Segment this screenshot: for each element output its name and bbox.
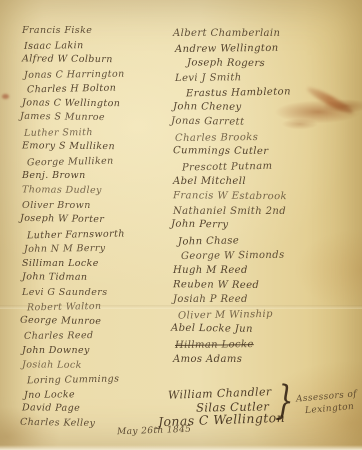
- signature: Andrew Wellington: [175, 41, 350, 58]
- signature: John Tidman: [22, 271, 172, 287]
- signature: Francis Fiske: [22, 24, 172, 39]
- assessors-label-line2: Lexington: [305, 402, 355, 416]
- signature: Benj. Brown: [22, 169, 172, 184]
- signature: Francis W Estabrook: [173, 189, 348, 205]
- document-date: May 26th 1845: [117, 425, 192, 438]
- signature-column-right: Albert ChamberlainAndrew WellingtonJosep…: [173, 27, 348, 367]
- signature: Alfred W Colburn: [22, 52, 172, 68]
- signature: Charles H Bolton: [27, 81, 177, 98]
- signature: Hugh M Reed: [173, 264, 348, 279]
- signature: George W Simonds: [175, 248, 350, 265]
- signature: Reuben W Reed: [173, 278, 348, 294]
- signature: John N M Berry: [24, 241, 174, 257]
- signature: Oliver Brown: [22, 199, 172, 214]
- signature-column-left: Francis FiskeIsaac LakinAlfred W Colburn…: [22, 24, 172, 431]
- document-page: Francis FiskeIsaac LakinAlfred W Colburn…: [0, 0, 362, 450]
- signature: Prescott Putnam: [178, 158, 353, 176]
- signature: Abel Mitchell: [173, 175, 348, 190]
- assessors-brace: }: [275, 377, 295, 424]
- signature: John Downey: [22, 344, 172, 359]
- signature: Thomas Dudley: [22, 183, 172, 199]
- scan-edge: [0, 445, 362, 450]
- signature: Silliman Locke: [22, 257, 172, 272]
- signature: Albert Chamberlain: [173, 27, 348, 42]
- signature-struck: Hillman Locke: [175, 337, 350, 354]
- signature: David Page: [22, 402, 172, 418]
- paper-speck: [2, 94, 9, 99]
- signature: George Mulliken: [27, 153, 177, 170]
- signature: Amos Adams: [173, 353, 348, 368]
- signature: Charles Reed: [24, 329, 174, 345]
- signature: Isaac Lakin: [24, 38, 174, 54]
